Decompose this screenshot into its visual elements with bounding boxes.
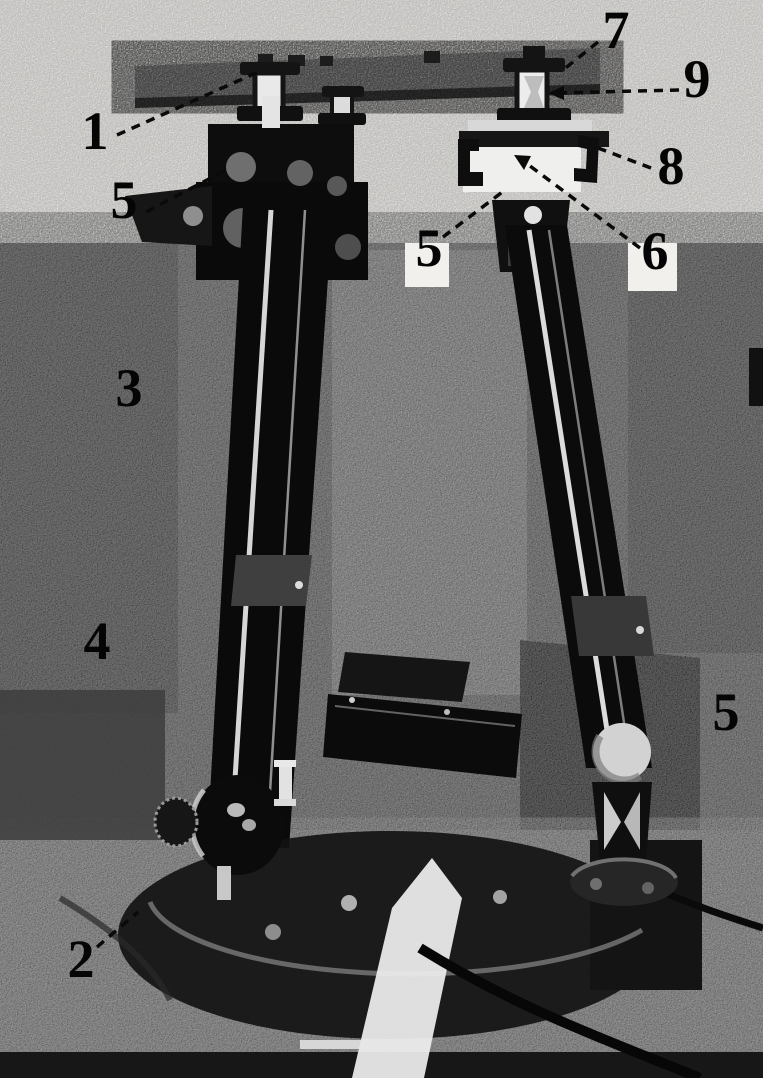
callout-5-upper-left: 5: [111, 173, 138, 227]
callout-1: 1: [82, 104, 109, 158]
callout-7: 7: [603, 3, 630, 57]
callout-3: 3: [116, 361, 143, 415]
figure-photo: 1 5 7 9 8 6 5 3 4 5 2: [0, 0, 763, 1078]
photo-rendering: [0, 0, 763, 1078]
callout-8: 8: [658, 139, 685, 193]
callout-9: 9: [684, 52, 711, 106]
callout-4: 4: [84, 614, 111, 668]
callout-6: 6: [642, 224, 669, 278]
callout-2: 2: [68, 932, 95, 986]
callout-5-right: 5: [713, 685, 740, 739]
callout-5-mid: 5: [416, 221, 443, 275]
